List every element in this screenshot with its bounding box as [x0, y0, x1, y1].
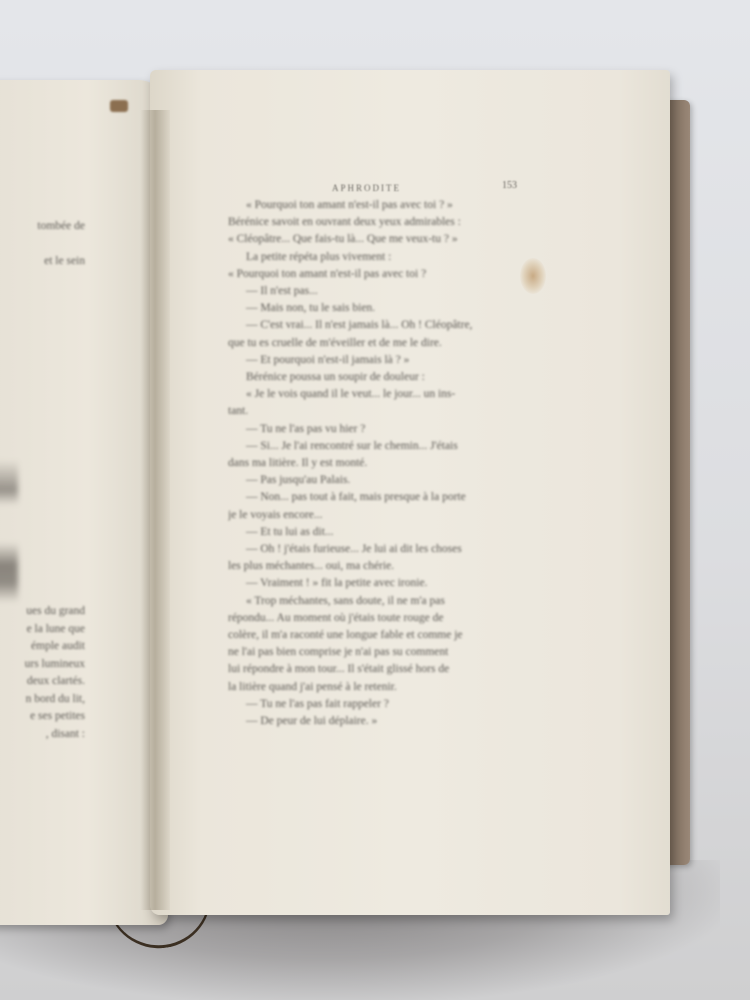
left-page-bottom-text: ues du grand e la lune que émple audit u… — [0, 603, 85, 743]
text-line: tombée de — [0, 218, 85, 236]
text-line: colère, il m'a raconté une longue fable … — [228, 627, 546, 644]
text-line: « Pourquoi ton amant n'est-il pas avec t… — [228, 197, 546, 214]
text-line: — Et pourquoi n'est-il jamais là ? » — [228, 352, 546, 369]
text-line: — Il n'est pas... — [228, 283, 546, 300]
book-gutter — [140, 110, 170, 910]
running-head: APHRODITE — [332, 183, 401, 193]
page-number: 153 — [502, 180, 517, 191]
page-text-block: « Pourquoi ton amant n'est-il pas avec t… — [228, 197, 546, 730]
text-line: dans ma litière. Il y est monté. — [228, 455, 546, 472]
text-line: les plus méchantes... oui, ma chérie. — [228, 558, 546, 575]
text-line: lui répondre à mon tour... Il s'était gl… — [228, 661, 546, 678]
text-line: — C'est vrai... Il n'est jamais là... Oh… — [228, 317, 546, 334]
text-line: « Trop méchantes, sans doute, il ne m'a … — [228, 593, 546, 610]
text-line: « Je le vois quand il le veut... le jour… — [228, 386, 546, 403]
text-line: ues du grand — [0, 603, 85, 621]
text-line: n bord du lit, — [0, 691, 85, 709]
text-line: je le voyais encore... — [228, 507, 546, 524]
text-line: « Pourquoi ton amant n'est-il pas avec t… — [228, 266, 546, 283]
text-line: Bérénice savoit en ouvrant deux yeux adm… — [228, 214, 546, 231]
text-line: tant. — [228, 403, 546, 420]
text-line: e la lune que — [0, 621, 85, 639]
text-line: répondu... Au moment où j'étais toute ro… — [228, 610, 546, 627]
text-line: et le sein — [0, 253, 85, 271]
text-line: — De peur de lui déplaire. » — [228, 713, 546, 730]
text-line: « Cléopâtre... Que fais-tu là... Que me … — [228, 231, 546, 248]
text-line: e ses petites — [0, 708, 85, 726]
engraving-illustration — [0, 460, 18, 610]
left-page-top-text: tombée de et le sein — [0, 218, 85, 270]
text-line: — Si... Je l'ai rencontré sur le chemin.… — [228, 438, 546, 455]
text-line: — Non... pas tout à fait, mais presque à… — [228, 489, 546, 506]
text-line: — Tu ne l'as pas vu hier ? — [228, 421, 546, 438]
text-line: — Oh ! j'étais furieuse... Je lui ai dit… — [228, 541, 546, 558]
text-line: — Mais non, tu le sais bien. — [228, 300, 546, 317]
text-line: émple audit — [0, 638, 85, 656]
text-line: — Pas jusqu'au Palais. — [228, 472, 546, 489]
text-line: que tu es cruelle de m'éveiller et de me… — [228, 335, 546, 352]
book-headband — [110, 100, 128, 112]
text-line: , disant : — [0, 726, 85, 744]
text-line: Bérénice poussa un soupir de douleur : — [228, 369, 546, 386]
text-line: — Tu ne l'as pas fait rappeler ? — [228, 696, 546, 713]
text-line: deux clartés. — [0, 673, 85, 691]
text-line: la litière quand j'ai pensé à le retenir… — [228, 679, 546, 696]
text-line: — Vraiment ! » fit la petite avec ironie… — [228, 575, 546, 592]
text-line: — Et tu lui as dit... — [228, 524, 546, 541]
text-line: ne l'ai pas bien comprise je n'ai pas su… — [228, 644, 546, 661]
text-line: urs lumineux — [0, 656, 85, 674]
text-line: La petite répéta plus vivement : — [228, 249, 546, 266]
